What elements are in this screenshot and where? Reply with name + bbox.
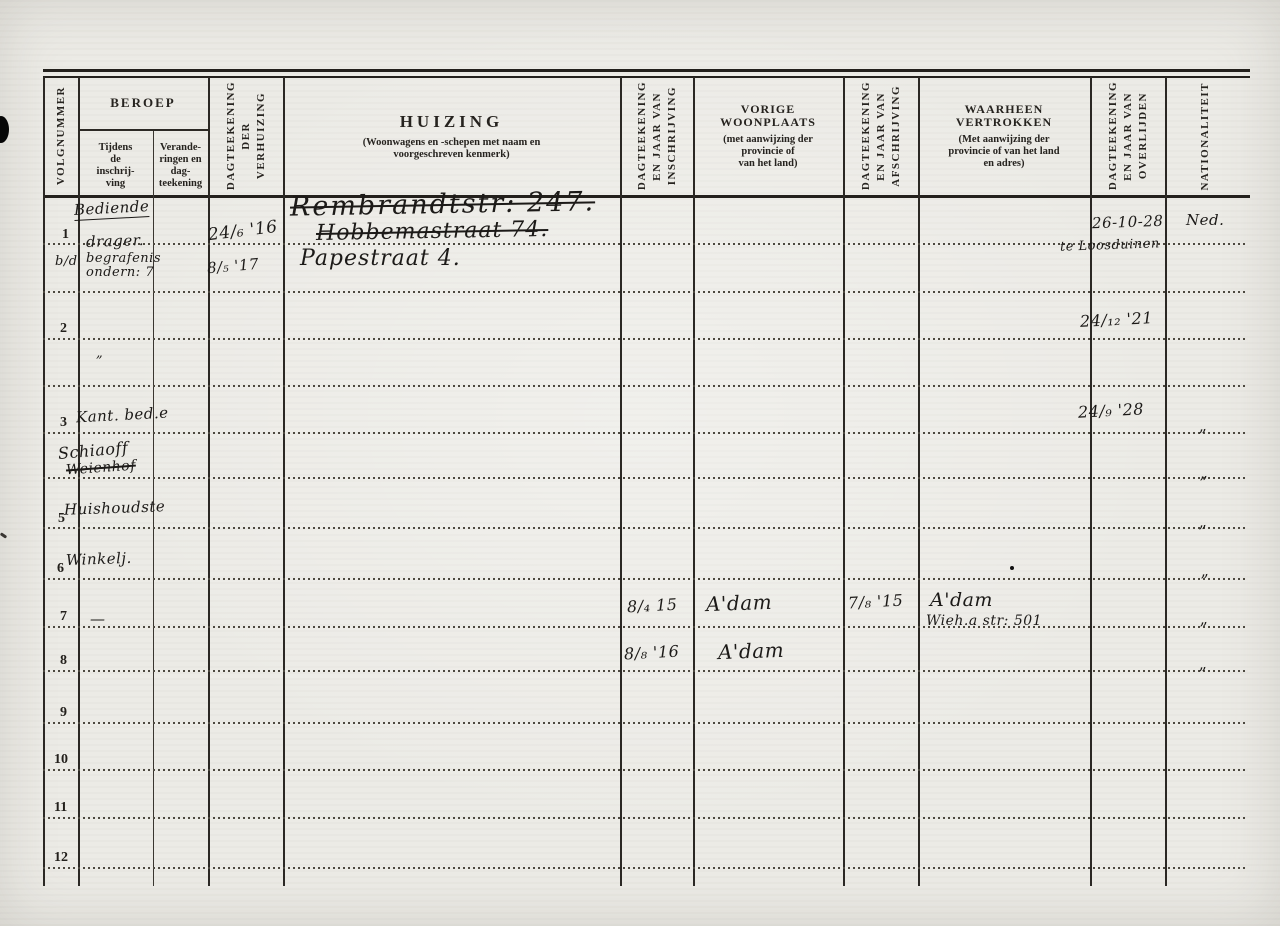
- inschrijving-label-2: EN JAAR VAN: [651, 92, 663, 181]
- verhuizing-label-1: DAGTEEKENING: [225, 81, 237, 190]
- handwriting-huizing-address3: Papestraat 4.: [300, 247, 461, 270]
- column-header-huizing: HUIZING (Woonwagens en -schepen met naam…: [283, 77, 620, 195]
- row-number: 3: [60, 415, 67, 431]
- column-divider: [918, 77, 920, 886]
- handwriting-row1-nationaliteit: Ned.: [1186, 213, 1224, 229]
- afschrijving-label-1: DAGTEEKENING: [860, 81, 872, 190]
- handwriting-nationaliteit-ditto: „: [1197, 513, 1208, 531]
- overlijden-label-3: OVERLIJDEN: [1137, 92, 1149, 179]
- column-header-afschrijving: DAGTEEKENING EN JAAR VAN AFSCHRIJVING: [843, 77, 918, 195]
- row-ruling: [43, 578, 1245, 580]
- column-divider: [843, 77, 845, 886]
- row-ruling: [43, 527, 1245, 529]
- row-number: 10: [54, 752, 68, 768]
- column-header-overlijden: DAGTEEKENING EN JAAR VAN OVERLIJDEN: [1090, 77, 1165, 195]
- handwriting-row7-waarheen-place: A'dam: [930, 591, 993, 611]
- handwriting-row8-inschrijving-date: 8/₈ '16: [624, 644, 680, 664]
- column-header-beroep: BEROEP: [78, 77, 208, 129]
- beroep-title: BEROEP: [110, 95, 175, 111]
- row-ruling: [43, 769, 1245, 771]
- handwriting-nationaliteit-ditto: „: [1198, 464, 1209, 482]
- column-divider: [208, 77, 210, 886]
- beroep-sub-right-label: Verande- ringen en dag- teekening: [159, 142, 202, 190]
- column-header-verhuizing: DAGTEEKENING DER VERHUIZING: [208, 77, 283, 195]
- row-number: 1: [62, 227, 69, 243]
- register-card-scan: VOLGNUMMER BEROEP Tijdens de inschrij- v…: [0, 0, 1280, 926]
- ink-dot-artifact: [1010, 566, 1014, 570]
- beroep-subcolumn-tijdens: Tijdens de inschrij- ving: [78, 131, 153, 195]
- row-ruling: [43, 385, 1245, 387]
- handwriting-row7-afschrijving-date: 7/₈ '15: [848, 593, 904, 613]
- verhuizing-label-2: DER: [240, 122, 252, 150]
- vorige-woonplaats-title: VORIGE WOONPLAATS: [720, 103, 816, 129]
- waarheen-title: WAARHEEN VERTROKKEN: [956, 103, 1052, 129]
- inschrijving-label-3: INSCHRIJVING: [666, 86, 678, 185]
- column-header-volgnummer: VOLGNUMMER: [43, 77, 78, 195]
- handwriting-row2-overlijden-date: 24/₁₂ '21: [1080, 310, 1154, 331]
- beroep-subcolumn-veranderingen: Verande- ringen en dag- teekening: [153, 131, 208, 195]
- handwriting-row1-beroep: drager.: [86, 233, 145, 251]
- column-divider: [693, 77, 695, 886]
- handwriting-row7-vorige-woonplaats: A'dam: [706, 592, 773, 615]
- handwriting-row5-beroep: Huishoudste: [64, 499, 166, 518]
- handwriting-row1-verhuizing-date1: 24/₆ '16: [207, 219, 279, 245]
- verhuizing-label-3: VERHUIZING: [255, 92, 267, 179]
- row-ruling: [43, 817, 1245, 819]
- column-header-waarheen: WAARHEEN VERTROKKEN (Met aanwijzing der …: [918, 77, 1090, 195]
- nationaliteit-label: NATIONALITEIT: [1199, 82, 1211, 191]
- column-divider: [78, 77, 80, 886]
- edge-mark-artifact: [0, 532, 7, 538]
- handwriting-row1-verhuizing-date2: 8/₅ '17: [206, 257, 259, 277]
- overlijden-label-2: EN JAAR VAN: [1122, 92, 1134, 181]
- column-divider: [620, 77, 622, 886]
- row-ruling: [43, 670, 1245, 672]
- handwriting-nationaliteit-ditto: „: [1197, 655, 1208, 673]
- column-divider: [283, 77, 285, 886]
- handwriting-nationaliteit-ditto: „: [1198, 610, 1209, 628]
- row-ruling: [43, 291, 1245, 293]
- row-number: 12: [54, 850, 68, 866]
- handwriting-row7-inschrijving-date: 8/₄ 15: [627, 597, 678, 616]
- handwriting-huizing-address2-struck: Hobbemastraat 74.: [316, 218, 549, 245]
- huizing-title: HUIZING: [400, 112, 504, 132]
- handwriting-row1-overlijden-place: te Loosduinen: [1060, 237, 1160, 254]
- handwriting-row7-beroep-mark: —: [90, 612, 106, 628]
- row-ruling: [43, 722, 1245, 724]
- handwriting-row7-waarheen-address: Wieh.a str: 501: [926, 614, 1042, 629]
- huizing-subtitle: (Woonwagens en -schepen met naam en voor…: [363, 137, 541, 161]
- handwriting-row1-beroep-change: begrafenis ondern: 7: [86, 252, 161, 280]
- handwriting-beroep-header-note: Bediende: [74, 199, 150, 221]
- column-header-vorige-woonplaats: VORIGE WOONPLAATS (met aanwijzing der pr…: [693, 77, 843, 195]
- row-number: 11: [54, 800, 67, 816]
- handwriting-row1-overlijden-date: 26-10-28: [1092, 214, 1164, 232]
- row-ruling: [43, 477, 1245, 479]
- beroep-sub-left-label: Tijdens de inschrij- ving: [97, 142, 135, 190]
- handwriting-row3-beroep: Kant. bed.e: [76, 406, 169, 427]
- column-divider: [1090, 77, 1092, 886]
- afschrijving-label-2: EN JAAR VAN: [875, 92, 887, 181]
- handwriting-row8-vorige-woonplaats: A'dam: [718, 640, 785, 663]
- column-divider: [1165, 77, 1167, 886]
- row-number: 8: [60, 653, 67, 669]
- vorige-woonplaats-subtitle: (met aanwijzing der provincie of van het…: [723, 134, 813, 170]
- handwriting-row4-beroep-struck: Weienhof: [66, 459, 137, 479]
- row-number: 7: [60, 609, 67, 625]
- overlijden-label-1: DAGTEEKENING: [1107, 81, 1119, 190]
- handwriting-row2-beroep-mark: „: [96, 347, 103, 361]
- handwriting-row6-beroep: Winkelj.: [66, 551, 132, 569]
- row-number: 2: [60, 321, 67, 337]
- punch-hole-artifact: [0, 116, 9, 143]
- inschrijving-label-1: DAGTEEKENING: [636, 81, 648, 190]
- waarheen-subtitle: (Met aanwijzing der provincie of van het…: [948, 134, 1059, 170]
- column-header-inschrijving: DAGTEEKENING EN JAAR VAN INSCHRIJVING: [620, 77, 693, 195]
- handwriting-nationaliteit-ditto: „: [1197, 417, 1208, 435]
- row-ruling: [43, 626, 1245, 628]
- column-divider: [43, 77, 45, 886]
- handwriting-row1-beroep-prefix: b/d: [55, 255, 78, 269]
- row-ruling: [43, 432, 1245, 434]
- afschrijving-label-3: AFSCHRIJVING: [890, 85, 902, 187]
- handwriting-nationaliteit-ditto: „: [1199, 562, 1210, 580]
- handwriting-huizing-address1-struck: Rembrandtstr: 247.: [290, 188, 596, 222]
- row-number: 6: [57, 561, 64, 577]
- row-ruling: [43, 867, 1245, 869]
- handwriting-row3-overlijden-date: 24/₉ '28: [1078, 401, 1145, 421]
- header-bottom-rule: [43, 195, 1250, 198]
- row-ruling: [43, 338, 1245, 340]
- row-number: 9: [60, 705, 67, 721]
- column-header-nationaliteit: NATIONALITEIT: [1165, 77, 1245, 195]
- volgnummer-label: VOLGNUMMER: [55, 86, 67, 185]
